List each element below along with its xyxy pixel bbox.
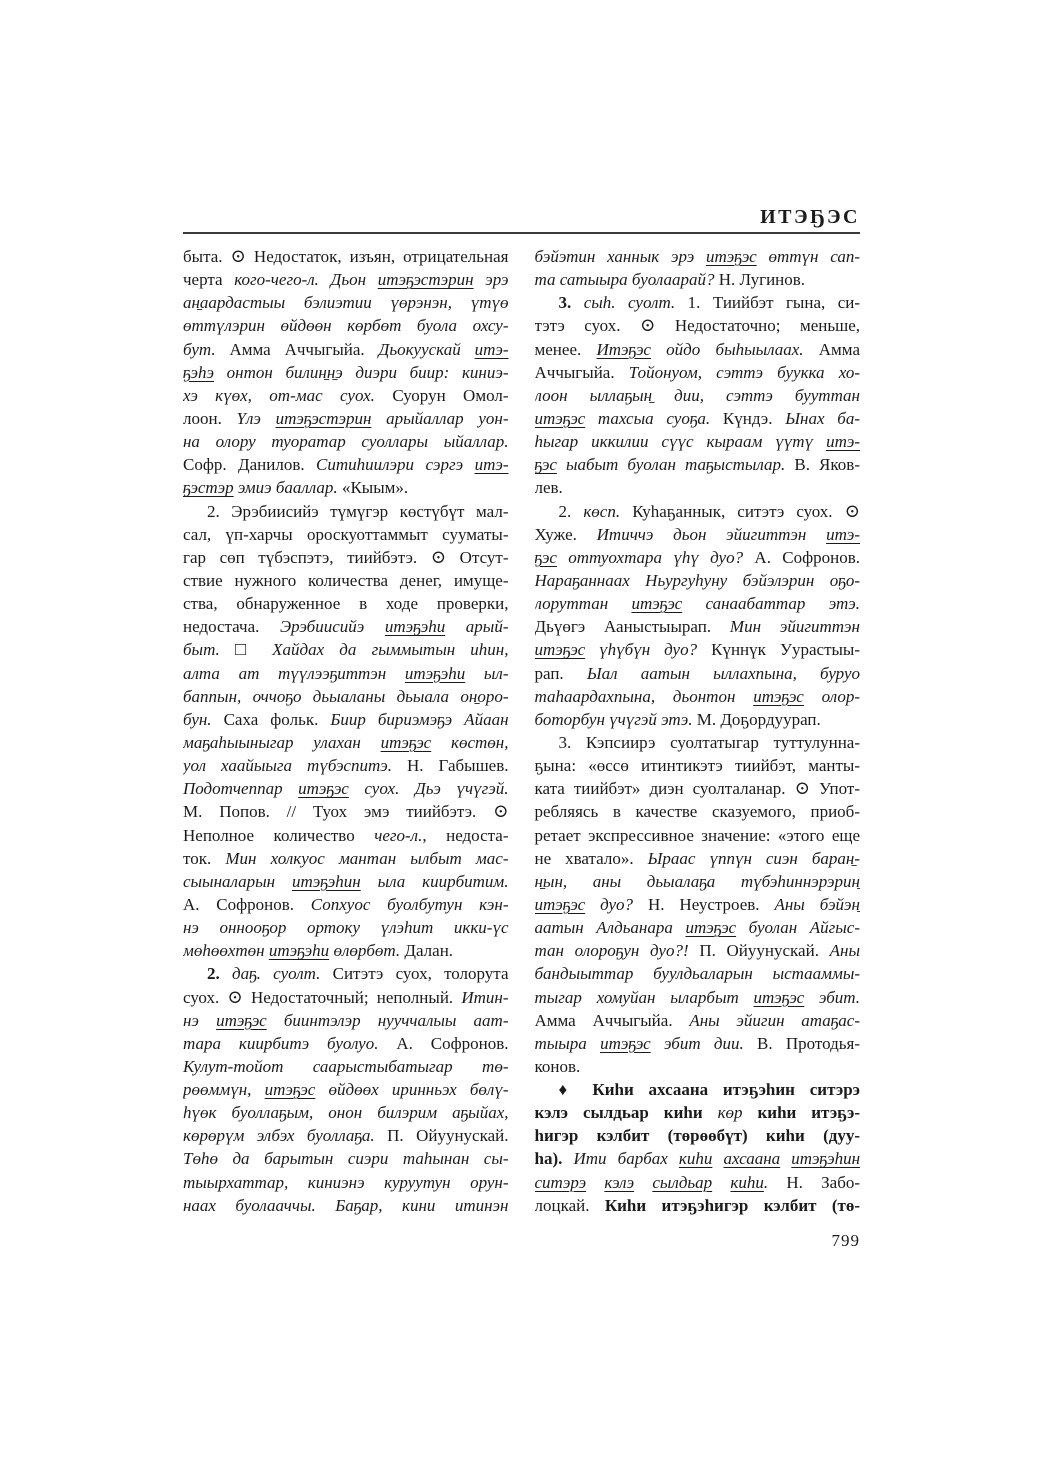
text-run: Отсут- (446, 548, 508, 567)
text-run: Амма (819, 340, 860, 359)
text-run: көр (718, 1103, 743, 1122)
text-run: черта (183, 270, 234, 289)
text-run: дуо? (585, 895, 648, 914)
text-line: Хуже. Итиччэ дьон эйигиттэн итэ- (535, 523, 861, 546)
text-run: Ситиһиилэри сэргэ (316, 455, 475, 474)
text-line: ҕына: «өссө итинтикэтэ тиийбэт, манты- (535, 754, 861, 777)
text-run: Итиччэ дьон эйигиттэн (597, 525, 826, 544)
text-run: сыыналарын (183, 872, 292, 891)
text-run: санаабаттар этэ. (682, 594, 860, 613)
text-line: недостача. Эрэбиисийэ итэҕэһи арый- (183, 615, 509, 638)
text-run: нэ оннооҕор ортоку үлэһит икки-үс (183, 918, 509, 937)
text-run: та сатыыра буолаарай? (535, 270, 719, 289)
text-line: нэ итэҕэс биинтэлэр нууччалыы аат- (183, 1009, 509, 1032)
text-run: Упот- (810, 779, 860, 798)
text-run: Н. Забо- (786, 1173, 860, 1192)
text-line: Кулут-тойот саарыстыбатыгар тө- (183, 1055, 509, 1078)
text-line: тыырхаттар, киниэнэ куруутун орун- (183, 1171, 509, 1194)
text-run: А. Софронов. (396, 1034, 508, 1053)
text-run: баппын, оччоҕо дьыаланы дьыала он̱оро- (183, 687, 509, 706)
text-run: Хуже. (535, 525, 597, 544)
text-run: итэҕэс (535, 895, 586, 914)
text-run: ката тиийбэт» диэн суолталанар. (535, 779, 795, 798)
text-run (712, 1149, 723, 1168)
text-line: итэҕэс үһүбүн дуо? Күннүк Уурастыы- (535, 638, 861, 661)
text-run: ҕэс (535, 548, 557, 567)
text-run: Аны (830, 941, 860, 960)
text-run: Мин холкуос мантан ылбыт мас- (225, 849, 508, 868)
text-line: тыыра итэҕэс эбит дии. В. Протодья- (535, 1032, 861, 1055)
text-run: Ситэтэ суох, толорута (333, 964, 509, 983)
text-run: Киһи итэҕэһигэр кэлбит (тө- (605, 1196, 860, 1215)
entry-paragraph: быта. ⊙ Недостаток, изъян, отрицательная… (183, 245, 509, 500)
text-run: һыгар иккилии сүүс кыраам үүтү (535, 432, 827, 451)
text-run: рап. (535, 664, 587, 683)
text-run: ства, обнаруженное в ходе проверки, (183, 594, 509, 613)
text-run: мөһөөхтөн (183, 941, 269, 960)
text-run: таһаардахпына, дьонтон (535, 687, 754, 706)
text-run: тыгар хомуйан ыларбыт (535, 988, 754, 1007)
text-run: итэ- (826, 525, 860, 544)
text-line: лев. (535, 476, 861, 499)
text-run: «Кыым». (342, 478, 408, 497)
text-run: Аччыгыйа. (535, 363, 629, 382)
text-run: сал, үп-харчы ороскуоттаммыт сууматы- (183, 525, 509, 544)
text-line: рөөммүн, итэҕэс өйдөөх иринньэх бөлү- (183, 1078, 509, 1101)
text-run: 3. Кэпсиирэ суолтатыгар туттулунна- (559, 733, 861, 752)
text-line: менее. Итэҕэс ойдо быһыылаах. Амма (535, 338, 861, 361)
entry-paragraph: 3. сыһ. суолт. 1. Тиийбэт гына, си-тэтэ … (535, 291, 861, 499)
text-run: ток. (183, 849, 225, 868)
text-line: черта кого-чего-л. Дьон итэҕэстэрин эрэ (183, 268, 509, 291)
text-run: Недостаточный; неполный. (243, 988, 462, 1007)
text-run: Эрэбиисийэ (280, 617, 385, 636)
text-run: алта ат түүлээҕиттэн (183, 664, 405, 683)
text-line: лоцкай. Киһи итэҕэһигэр кэлбит (тө- (535, 1194, 861, 1217)
text-run: 3. (559, 293, 584, 312)
text-line: Неполное количество чего-л., недоста- (183, 824, 509, 847)
text-run: ҕэс (535, 455, 557, 474)
text-run (634, 1173, 652, 1192)
text-run: Күндэ. (723, 409, 785, 428)
text-run: бут. (183, 340, 229, 359)
text-run: өйдөөх иринньэх бөлү- (315, 1080, 508, 1099)
text-line: 3. Кэпсиирэ суолтатыгар туттулунна- (535, 731, 861, 754)
text-run: Үлэ (237, 409, 276, 428)
text-run: бэйэтин ханнык эрэ (535, 247, 707, 266)
text-line: бун. Саха фольк. Биир бириэмэҕэ Айаан (183, 708, 509, 731)
text-run: эбит дии. (651, 1034, 757, 1053)
text-run: П. Ойуунускай. (387, 1126, 508, 1145)
text-run: н̱ын, аны дьыалаҕа түбэһиннэрэрин̱ (535, 872, 861, 891)
text-line: ствие нужного количества денег, имуще- (183, 569, 509, 592)
text-run: сылдьар (652, 1173, 712, 1192)
text-run: 2. Эрэбиисийэ түмүгэр көстүбүт мал- (207, 502, 509, 521)
text-run: оттуохтара үһү дуо? (557, 548, 755, 567)
text-run: арыйаллар уон- (371, 409, 508, 428)
text-run: итэҕэс (265, 1080, 316, 1099)
text-line: рап. Ыал аатын ыллахпына, буруо (535, 662, 861, 685)
text-line: тара киирбитэ буолуо. А. Софронов. (183, 1032, 509, 1055)
text-line: тыгар хомуйан ыларбыт итэҕэс эбит. (535, 986, 861, 1009)
page-number: 799 (183, 1231, 860, 1251)
text-line: ан̱аардастыы бэлиэтии үөрэнэн, үтүө (183, 291, 509, 314)
text-run: быта. (183, 247, 231, 266)
text-line: маҕаһыыныгар улахан итэҕэс көстөн, (183, 731, 509, 754)
text-run: итэҕэс (632, 594, 683, 613)
text-run (586, 1173, 604, 1192)
text-run: ҕына: «өссө итинтикэтэ тиийбэт, манты- (535, 756, 861, 775)
text-line: лоон. Үлэ итэҕэстэрин арыйаллар уон- (183, 407, 509, 430)
text-run: Н. Лугинов. (719, 270, 805, 289)
text-run: ҕэһэ (183, 363, 214, 382)
text-run: Ынах ба- (785, 409, 860, 428)
text-run: итэҕэс (535, 409, 586, 428)
text-run: Сопхуос буолбутун кэн- (311, 895, 509, 914)
text-line: хэ күөх, от-мас суох. Суорун Омол- (183, 384, 509, 407)
text-line: итэҕэс дуо? Н. Неустроев. Аны бэйэн̱ (535, 893, 861, 916)
entry-paragraph: 2. көсп. Куһаҕаннык, ситэтэ суох. ⊙Хуже.… (535, 500, 861, 731)
text-run: ҕэстэр (183, 478, 234, 497)
text-line: таһаардахпына, дьонтон итэҕэс олор- (535, 685, 861, 708)
text-run: итэҕэс (753, 687, 804, 706)
text-line: һүөк буоллаҕым, онон билэрим аҕыйах, (183, 1101, 509, 1124)
text-block: ИТЭҔЭС быта. ⊙ Недостаток, изъян, отрица… (183, 204, 860, 1251)
text-line: 2. Эрэбиисийэ түмүгэр көстүбүт мал- (183, 500, 509, 523)
text-run: Амма Аччыгыйа. (535, 1011, 690, 1030)
text-run: итэҕэс (535, 640, 586, 659)
text-run: итэҕэс (600, 1034, 651, 1053)
text-line: быта. ⊙ Недостаток, изъян, отрицательная (183, 245, 509, 268)
text-run: Недостаточно; меньше, (655, 316, 860, 335)
text-run: өлөрбөт. (329, 941, 404, 960)
text-run: итэҕэс (381, 733, 432, 752)
text-line: ҕэс оттуохтара үһү дуо? А. Софронов. (535, 546, 861, 569)
text-run: көсп. (583, 502, 632, 521)
text-run: Аны эйигин атаҕас- (689, 1011, 860, 1030)
text-run: кэлэ (604, 1173, 634, 1192)
dictionary-marker-symbol: ⊙ (231, 246, 246, 266)
entry-paragraph: ♦ Киһи ахсаана итэҕэһин ситэрэкэлэ сылдь… (535, 1078, 861, 1217)
text-line: сыыналарын итэҕэһин ыла киирбитим. (183, 870, 509, 893)
text-run: ♦ Киһи ахсаана итэҕэһин ситэрэ (559, 1080, 861, 1099)
text-run: көстөн, (431, 733, 508, 752)
text-run: һүөк буоллаҕым, онон билэрим аҕыйах, (183, 1103, 509, 1122)
text-run: уол хаайыыга түбэспитэ. (183, 756, 407, 775)
text-run: итэҕэс (216, 1011, 267, 1030)
text-run: Недостаток, изъян, отрицательная (246, 247, 509, 266)
text-line: алта ат түүлээҕиттэн итэҕэһи ыл- (183, 662, 509, 685)
text-run: һа). (535, 1149, 574, 1168)
text-line: баппын, оччоҕо дьыаланы дьыала он̱оро- (183, 685, 509, 708)
text-run: тыырхаттар, киниэнэ куруутун орун- (183, 1173, 509, 1192)
text-run: Саха фольк. (224, 710, 331, 729)
text-line: ребляясь в качестве сказуемого, приоб- (535, 800, 861, 823)
text-run: биинтэлэр нууччалыы аат- (267, 1011, 509, 1030)
text-run: Амма Аччыгыйа. (229, 340, 378, 359)
text-run: буолан Айгыс- (736, 918, 860, 937)
text-line: һигэр кэлбит (төрөөбүт) киһи (дуу- (535, 1124, 861, 1147)
text-run: Ити барбах (573, 1149, 678, 1168)
text-run: онтон билин̱н̱э диэри биир: киниэ- (214, 363, 508, 382)
text-run: гар сөп түбэспэтэ, тиийбэтэ. (183, 548, 431, 567)
text-run: Аны бэйэн̱ (774, 895, 860, 914)
entry-paragraph: 2. даҕ. суолт. Ситэтэ суох, толорутасуох… (183, 962, 509, 1217)
dictionary-marker-symbol: ⊙ (640, 315, 655, 335)
dictionary-marker-symbol: ⊙ (431, 547, 446, 567)
text-run: кого-чего-л. Дьон (234, 270, 378, 289)
text-run: 2. (559, 502, 584, 521)
text-line: Төһө да барытын сиэри таһынан сы- (183, 1147, 509, 1170)
column-right: бэйэтин ханнык эрэ итэҕэс өттүн сап-та с… (535, 245, 861, 1217)
text-run: А. Софронов. (183, 895, 311, 914)
text-line: боторбун үчүгэй этэ. М. Доҕордуурап. (535, 708, 861, 731)
text-run: ситэрэ (535, 1173, 587, 1192)
dictionary-page: ИТЭҔЭС быта. ⊙ Недостаток, изъян, отрица… (0, 0, 1040, 1473)
text-run: 2. (207, 964, 232, 983)
text-run: итэҕэһи (385, 617, 445, 636)
text-run: лев. (535, 478, 563, 497)
text-run: рөөммүн, (183, 1080, 265, 1099)
text-run: М. Доҕордуурап. (697, 710, 821, 729)
text-line: ства, обнаруженное в ходе проверки, (183, 592, 509, 615)
text-line: ситэрэ кэлэ сылдьар киһи. Н. Забо- (535, 1171, 861, 1194)
text-run: Дьүөгэ Ааныстыырап. (535, 617, 730, 636)
text-line: М. Попов. // Туох эмэ тиийбэтэ. ⊙ (183, 800, 509, 823)
text-run: Н. Неустроев. (648, 895, 775, 914)
text-line: на олору туоратар суоллары ыйаллар. (183, 430, 509, 453)
text-run: ребляясь в качестве сказуемого, приоб- (535, 802, 861, 821)
dictionary-marker-symbol: ⊙ (493, 801, 508, 821)
text-run: Куһаҕаннык, ситэтэ суох. (632, 502, 844, 521)
text-line: Дьүөгэ Ааныстыырап. Мин эйигиттэн (535, 615, 861, 638)
text-line: Подотчеппар итэҕэс суох. Дьэ үчүгэй. (183, 777, 509, 800)
text-run: В. Протодья- (757, 1034, 860, 1053)
text-line: конов. (535, 1055, 861, 1078)
text-line: бут. Амма Аччыгыйа. Дьокуускай итэ- (183, 338, 509, 361)
text-run: бун. (183, 710, 224, 729)
text-run: конов. (535, 1057, 581, 1076)
text-run: ствие нужного количества денег, имуще- (183, 571, 509, 590)
text-line: та сатыыра буолаарай? Н. Лугинов. (535, 268, 861, 291)
text-run: тара киирбитэ буолуо. (183, 1034, 396, 1053)
text-run: бандыыттар буулдьаларын ыстааммы- (535, 964, 861, 983)
text-run: Күннүк Уурастыы- (711, 640, 860, 659)
text-line: кэлэ сылдьар киһи көр киһи итэҕэ- (535, 1101, 861, 1124)
text-line: бэйэтин ханнык эрэ итэҕэс өттүн сап- (535, 245, 861, 268)
text-run: тэтэ суох. (535, 316, 641, 335)
text-line: аатын Алдьанара итэҕэс буолан Айгыс- (535, 916, 861, 939)
text-run: . (764, 1173, 787, 1192)
text-line: тан олороҕун дуо?! П. Ойуунускай. Аны (535, 939, 861, 962)
text-run: менее. (535, 340, 597, 359)
text-line: лоон ыллаҕын̱ дии, сэттэ бууттан (535, 384, 861, 407)
text-run: кэлэ сылдьар киһи (535, 1103, 718, 1122)
text-run: Хайдах да гыммытын иһин, (257, 640, 509, 659)
text-line: ҕэһэ онтон билин̱н̱э диэри биир: киниэ- (183, 361, 509, 384)
two-column-layout: быта. ⊙ Недостаток, изъян, отрицательная… (183, 245, 860, 1217)
text-run: , недоста- (422, 826, 508, 845)
text-run: итэҕэс (298, 779, 349, 798)
text-run: ыл- (465, 664, 508, 683)
text-run: олор- (804, 687, 860, 706)
text-run (780, 1149, 791, 1168)
text-line: ток. Мин холкуос мантан ылбыт мас- (183, 847, 509, 870)
text-run: А. Софронов. (754, 548, 860, 567)
text-line: лоруттан итэҕэс санаабаттар этэ. (535, 592, 861, 615)
text-run: Неполное количество (183, 826, 374, 845)
text-line: тэтэ суох. ⊙ Недостаточно; меньше, (535, 314, 861, 337)
text-run: Итин- (461, 988, 508, 1007)
text-run: итэ- (826, 432, 860, 451)
text-run: итэҕэһин (292, 872, 361, 891)
text-run: Ыраас үппүн сиэн баран̱- (648, 849, 860, 868)
text-run: маҕаһыыныгар улахан (183, 733, 381, 752)
text-line: сал, үп-харчы ороскуоттаммыт сууматы- (183, 523, 509, 546)
text-run: лоруттан (535, 594, 632, 613)
text-line: ката тиийбэт» диэн суолталанар. ⊙ Упот- (535, 777, 861, 800)
text-run: хэ күөх, от-мас суох. (183, 386, 392, 405)
text-run: Биир бириэмэҕэ Айаан (330, 710, 508, 729)
text-run: 1. Тиийбэт гына, си- (688, 293, 860, 312)
text-run: көрөрүм элбэх буоллаҕа. (183, 1126, 387, 1145)
text-line: гар сөп түбэспэтэ, тиийбэтэ. ⊙ Отсут- (183, 546, 509, 569)
text-line: ♦ Киһи ахсаана итэҕэһин ситэрэ (535, 1078, 861, 1101)
text-run: эбит. (804, 988, 860, 1007)
text-run: киһи (730, 1173, 763, 1192)
dictionary-marker-symbol: ⊙ (227, 987, 242, 1007)
text-run: ыла киирбитим. (361, 872, 509, 891)
text-run: лоон. (183, 409, 237, 428)
text-line: бандыыттар буулдьаларын ыстааммы- (535, 962, 861, 985)
text-run: эмиэ бааллар. (234, 478, 342, 497)
text-line: н̱ын, аны дьыалаҕа түбэһиннэрэрин̱ (535, 870, 861, 893)
text-run: ойдо быһыылаах. (651, 340, 819, 359)
text-line: 2. даҕ. суолт. Ситэтэ суох, толорута (183, 962, 509, 985)
text-run: итэ- (475, 340, 509, 359)
text-run: даҕ. суолт. (232, 964, 333, 983)
text-line: не хватало». Ыраас үппүн сиэн баран̱- (535, 847, 861, 870)
text-run: Подотчеппар (183, 779, 298, 798)
text-run: киһи (679, 1149, 712, 1168)
entry-paragraph: бэйэтин ханнык эрэ итэҕэс өттүн сап-та с… (535, 245, 861, 291)
column-left: быта. ⊙ Недостаток, изъян, отрицательная… (183, 245, 509, 1217)
text-run: на олору туоратар суоллары ыйаллар. (183, 432, 509, 451)
text-run: эрэ (474, 270, 509, 289)
text-line: көрөрүм элбэх буоллаҕа. П. Ойуунускай. (183, 1124, 509, 1147)
text-line: Аччыгыйа. Тойонуом, сэттэ буукка хо- (535, 361, 861, 384)
text-run: Кулут-тойот саарыстыбатыгар тө- (183, 1057, 509, 1076)
text-run: итэҕэһи (405, 664, 465, 683)
text-line: һыгар иккилии сүүс кыраам үүтү итэ- (535, 430, 861, 453)
text-run: аатын Алдьанара (535, 918, 686, 937)
text-line: 2. көсп. Куһаҕаннык, ситэтэ суох. ⊙ (535, 500, 861, 523)
running-head: ИТЭҔЭС (183, 204, 860, 230)
dictionary-marker-symbol: ⊙ (795, 778, 810, 798)
dictionary-marker-symbol: □ (235, 639, 257, 659)
header-rule (183, 232, 860, 234)
text-line: Нараҕаннаах Ньургуһуну бэйэлэрин оҕо- (535, 569, 861, 592)
text-run: итэҕэстэрин (378, 270, 474, 289)
text-run: Тойонуом, сэттэ буукка хо- (629, 363, 860, 382)
text-run: Далан. (404, 941, 453, 960)
text-run: суох. Дьэ үчүгэй. (349, 779, 509, 798)
text-line: итэҕэс тахсыа суоҕа. Күндэ. Ынах ба- (535, 407, 861, 430)
text-run: боторбун үчүгэй этэ. (535, 710, 697, 729)
text-line: һа). Ити барбах киһи ахсаана итэҕэһин (535, 1147, 861, 1170)
text-run: Ыал аатын ыллахпына, буруо (587, 664, 860, 683)
text-run: ан̱аардастыы бэлиэтии үөрэнэн, үтүө (183, 293, 509, 312)
text-run: үһүбүн дуо? (585, 640, 711, 659)
text-run: киһи итэҕэ- (743, 1103, 860, 1122)
text-run: Суорун Омол- (392, 386, 508, 405)
text-line: 3. сыһ. суолт. 1. Тиийбэт гына, си- (535, 291, 861, 314)
text-run: итэҕэһин (791, 1149, 860, 1168)
text-run: не хватало». (535, 849, 648, 868)
text-run: П. Ойуунускай. (699, 941, 829, 960)
text-run: итэ- (475, 455, 509, 474)
text-run: итэҕэстэрин (276, 409, 372, 428)
text-run: быт. (183, 640, 235, 659)
text-line: ретает экспрессивное значение: «этого ещ… (535, 824, 861, 847)
entry-paragraph: 2. Эрэбиисийэ түмүгэр көстүбүт мал-сал, … (183, 500, 509, 963)
text-run: лоцкай. (535, 1196, 605, 1215)
text-run: сыһ. суолт. (584, 293, 688, 312)
text-line: нэ оннооҕор ортоку үлэһит икки-үс (183, 916, 509, 939)
text-run: недостача. (183, 617, 280, 636)
text-line: наах буолааччы. Баҕар, кини итинэн (183, 1194, 509, 1217)
text-line: өттүлэрин өйдөөн көрбөт буола охсу- (183, 314, 509, 337)
text-run: итэҕэс (685, 918, 736, 937)
text-run: лоон ыллаҕын̱ дии, сэттэ бууттан (535, 386, 861, 405)
text-line: ҕэстэр эмиэ бааллар. «Кыым». (183, 476, 509, 499)
text-line: Амма Аччыгыйа. Аны эйигин атаҕас- (535, 1009, 861, 1032)
text-line: суох. ⊙ Недостаточный; неполный. Итин- (183, 986, 509, 1009)
text-run: итэҕэһи (269, 941, 329, 960)
text-run: Нараҕаннаах Ньургуһуну бэйэлэрин оҕо- (535, 571, 861, 590)
text-run: тыыра (535, 1034, 601, 1053)
text-run: нэ (183, 1011, 216, 1030)
text-run: М. Попов. // Туох эмэ тиийбэтэ. (183, 802, 493, 821)
text-run: итэҕэс (754, 988, 805, 1007)
text-run: ыабыт буолан таҕыстылар. (557, 455, 795, 474)
text-run: ретает экспрессивное значение: «этого ещ… (535, 826, 861, 845)
text-run: наах буолааччы. Баҕар, кини итинэн (183, 1196, 509, 1215)
text-line: Софр. Данилов. Ситиһиилэри сэргэ итэ- (183, 453, 509, 476)
text-line: быт. □ Хайдах да гыммытын иһин, (183, 638, 509, 661)
text-run: В. Яков- (794, 455, 860, 474)
text-run: Мин эйигиттэн (730, 617, 860, 636)
text-run: итэҕэс (706, 247, 757, 266)
text-run: өттүн сап- (757, 247, 860, 266)
dictionary-marker-symbol: ⊙ (845, 501, 860, 521)
text-line: ҕэс ыабыт буолан таҕыстылар. В. Яков- (535, 453, 861, 476)
text-run: Софр. Данилов. (183, 455, 316, 474)
text-run: тан олороҕун дуо?! (535, 941, 700, 960)
text-line: мөһөөхтөн итэҕэһи өлөрбөт. Далан. (183, 939, 509, 962)
text-run: өттүлэрин өйдөөн көрбөт буола охсу- (183, 316, 509, 335)
text-run: Төһө да барытын сиэри таһынан сы- (183, 1149, 509, 1168)
text-run: суох. (183, 988, 227, 1007)
text-run: Итэҕэс (597, 340, 651, 359)
text-run: чего-л. (374, 826, 422, 845)
text-run: ахсаана (723, 1149, 780, 1168)
text-line: А. Софронов. Сопхуос буолбутун кэн- (183, 893, 509, 916)
text-run: арый- (445, 617, 508, 636)
text-run: тахсыа суоҕа. (585, 409, 723, 428)
text-run: Н. Габышев. (407, 756, 508, 775)
text-run (712, 1173, 730, 1192)
